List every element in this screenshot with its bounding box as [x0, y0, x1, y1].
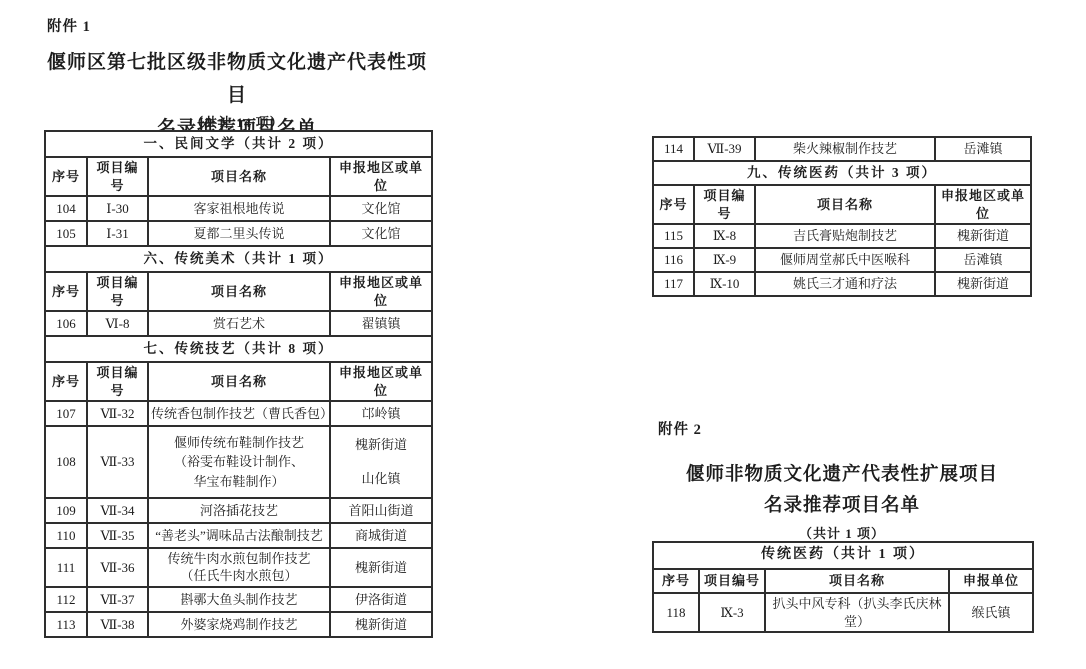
data-row: 107Ⅶ-32传统香包制作技艺（曹氏香包）邙岭镇: [45, 401, 432, 426]
data-cell: Ⅸ-8: [694, 224, 755, 248]
data-cell: 112: [45, 587, 87, 612]
header-row: 序号项目编号项目名称申报地区或单位: [45, 157, 432, 196]
column-header: 序号: [45, 362, 87, 401]
data-cell: 文化馆: [330, 221, 432, 246]
data-cell: 文化馆: [330, 196, 432, 221]
data-cell: 115: [653, 224, 694, 248]
column-header: 序号: [653, 569, 699, 593]
data-cell: Ⅶ-36: [87, 548, 148, 587]
column-header: 申报地区或单位: [330, 362, 432, 401]
data-row: 109Ⅶ-34河洛插花技艺首阳山街道: [45, 498, 432, 523]
data-cell: 斟鄩大鱼头制作技艺: [148, 587, 330, 612]
column-header: 项目名称: [755, 185, 935, 224]
section-row: 七、传统技艺（共计 8 项）: [45, 336, 432, 362]
data-cell: 106: [45, 311, 87, 336]
data-cell: 商城街道: [330, 523, 432, 548]
data-cell: Ⅶ-37: [87, 587, 148, 612]
data-cell: Ⅸ-9: [694, 248, 755, 272]
column-header: 申报单位: [949, 569, 1033, 593]
data-cell: 夏都二里头传说: [148, 221, 330, 246]
data-row: 108Ⅶ-33偃师传统布鞋制作技艺 （裕雯布鞋设计制作、 华宝布鞋制作）槐新街道…: [45, 426, 432, 498]
section-row: 六、传统美术（共计 1 项）: [45, 246, 432, 272]
data-cell: 槐新街道: [330, 548, 432, 587]
column-header: 项目名称: [765, 569, 949, 593]
data-cell: 104: [45, 196, 87, 221]
data-cell: 缑氏镇: [949, 593, 1033, 632]
data-row: 117Ⅸ-10姚氏三才通和疗法槐新街道: [653, 272, 1031, 296]
column-header: 项目编号: [87, 157, 148, 196]
data-cell: 114: [653, 137, 694, 161]
attachment1-label: 附件 1: [47, 15, 91, 36]
data-cell: 107: [45, 401, 87, 426]
data-cell: 槐新街道: [935, 224, 1031, 248]
data-cell: 117: [653, 272, 694, 296]
data-cell: Ⅶ-33: [87, 426, 148, 498]
data-cell: 108: [45, 426, 87, 498]
attachment1-count: （共计 14 项）: [40, 112, 434, 131]
section-row: 传统医药（共计 1 项）: [653, 542, 1033, 569]
attachment2-label: 附件 2: [658, 418, 702, 439]
data-cell: 吉氏膏贴炮制技艺: [755, 224, 935, 248]
data-cell: 扒头中风专科（扒头李氏庆林堂）: [765, 593, 949, 632]
section-row: 一、民间文学（共计 2 项）: [45, 131, 432, 157]
data-row: 105Ⅰ-31夏都二里头传说文化馆: [45, 221, 432, 246]
data-cell: 109: [45, 498, 87, 523]
data-cell: 姚氏三才通和疗法: [755, 272, 935, 296]
section-title: 传统医药（共计 1 项）: [653, 542, 1033, 569]
column-header: 申报地区或单位: [330, 272, 432, 311]
column-header: 项目编号: [699, 569, 765, 593]
header-row: 序号项目编号项目名称申报地区或单位: [45, 362, 432, 401]
header-row: 序号项目编号项目名称申报单位: [653, 569, 1033, 593]
header-row: 序号项目编号项目名称申报地区或单位: [45, 272, 432, 311]
column-header: 序号: [45, 157, 87, 196]
header-row: 序号项目编号项目名称申报地区或单位: [653, 185, 1031, 224]
column-header: 序号: [653, 185, 694, 224]
data-cell: Ⅶ-34: [87, 498, 148, 523]
data-cell: 柴火辣椒制作技艺: [755, 137, 935, 161]
data-cell: “善老头”调味品古法酿制技艺: [148, 523, 330, 548]
data-cell: 传统香包制作技艺（曹氏香包）: [148, 401, 330, 426]
data-cell: 翟镇镇: [330, 311, 432, 336]
data-cell: 河洛插花技艺: [148, 498, 330, 523]
data-cell: Ⅶ-38: [87, 612, 148, 637]
data-cell: 赏石艺术: [148, 311, 330, 336]
attachment1-title-line1: 偃师区第七批区级非物质文化遗产代表性项目: [40, 46, 434, 112]
attachment2-title-line2: 名录推荐项目名单: [650, 491, 1034, 522]
data-cell: 116: [653, 248, 694, 272]
column-header: 申报地区或单位: [330, 157, 432, 196]
data-cell: Ⅶ-39: [694, 137, 755, 161]
data-cell: 槐新街道 山化镇: [330, 426, 432, 498]
section-title: 一、民间文学（共计 2 项）: [45, 131, 432, 157]
data-cell: Ⅰ-31: [87, 221, 148, 246]
attachment2-count: （共计 1 项）: [650, 523, 1034, 542]
data-cell: 113: [45, 612, 87, 637]
data-cell: 外婆家烧鸡制作技艺: [148, 612, 330, 637]
data-cell: 105: [45, 221, 87, 246]
section-title: 九、传统医药（共计 3 项）: [653, 161, 1031, 185]
data-row: 113Ⅶ-38外婆家烧鸡制作技艺槐新街道: [45, 612, 432, 637]
column-header: 项目名称: [148, 362, 330, 401]
page: { "colors": { "text": "#1c1c1c", "border…: [0, 0, 1086, 669]
data-cell: Ⅸ-3: [699, 593, 765, 632]
data-cell: 岳滩镇: [935, 248, 1031, 272]
data-row: 110Ⅶ-35“善老头”调味品古法酿制技艺商城街道: [45, 523, 432, 548]
column-header: 项目编号: [694, 185, 755, 224]
data-row: 112Ⅶ-37斟鄩大鱼头制作技艺伊洛街道: [45, 587, 432, 612]
data-cell: Ⅶ-32: [87, 401, 148, 426]
data-cell: 118: [653, 593, 699, 632]
data-row: 104Ⅰ-30客家祖根地传说文化馆: [45, 196, 432, 221]
data-cell: Ⅵ-8: [87, 311, 148, 336]
data-row: 111Ⅶ-36传统牛肉水煎包制作技艺 （任氏牛肉水煎包）槐新街道: [45, 548, 432, 587]
column-header: 项目编号: [87, 272, 148, 311]
attachment2-title: 偃师非物质文化遗产代表性扩展项目 名录推荐项目名单: [650, 460, 1034, 522]
column-header: 项目名称: [148, 272, 330, 311]
data-row: 118Ⅸ-3扒头中风专科（扒头李氏庆林堂）缑氏镇: [653, 593, 1033, 632]
data-cell: 偃师周堂郝氏中医喉科: [755, 248, 935, 272]
data-cell: Ⅰ-30: [87, 196, 148, 221]
continuation-table: 114Ⅶ-39柴火辣椒制作技艺岳滩镇九、传统医药（共计 3 项）序号项目编号项目…: [652, 136, 1032, 297]
data-cell: 110: [45, 523, 87, 548]
data-cell: 伊洛街道: [330, 587, 432, 612]
data-row: 115Ⅸ-8吉氏膏贴炮制技艺槐新街道: [653, 224, 1031, 248]
attachment2-title-line1: 偃师非物质文化遗产代表性扩展项目: [650, 460, 1034, 491]
section-title: 七、传统技艺（共计 8 项）: [45, 336, 432, 362]
section-title: 六、传统美术（共计 1 项）: [45, 246, 432, 272]
data-cell: Ⅶ-35: [87, 523, 148, 548]
column-header: 项目编号: [87, 362, 148, 401]
data-cell: 槐新街道: [330, 612, 432, 637]
data-row: 106Ⅵ-8赏石艺术翟镇镇: [45, 311, 432, 336]
attachment1-table: 一、民间文学（共计 2 项）序号项目编号项目名称申报地区或单位104Ⅰ-30客家…: [44, 130, 433, 638]
column-header: 申报地区或单位: [935, 185, 1031, 224]
attachment2-table: 传统医药（共计 1 项）序号项目编号项目名称申报单位118Ⅸ-3扒头中风专科（扒…: [652, 541, 1034, 633]
data-row: 114Ⅶ-39柴火辣椒制作技艺岳滩镇: [653, 137, 1031, 161]
column-header: 序号: [45, 272, 87, 311]
data-cell: 首阳山街道: [330, 498, 432, 523]
data-cell: 邙岭镇: [330, 401, 432, 426]
data-cell: 客家祖根地传说: [148, 196, 330, 221]
data-cell: 传统牛肉水煎包制作技艺 （任氏牛肉水煎包）: [148, 548, 330, 587]
column-header: 项目名称: [148, 157, 330, 196]
data-cell: 111: [45, 548, 87, 587]
data-cell: 偃师传统布鞋制作技艺 （裕雯布鞋设计制作、 华宝布鞋制作）: [148, 426, 330, 498]
data-row: 116Ⅸ-9偃师周堂郝氏中医喉科岳滩镇: [653, 248, 1031, 272]
data-cell: 槐新街道: [935, 272, 1031, 296]
section-row: 九、传统医药（共计 3 项）: [653, 161, 1031, 185]
data-cell: 岳滩镇: [935, 137, 1031, 161]
data-cell: Ⅸ-10: [694, 272, 755, 296]
